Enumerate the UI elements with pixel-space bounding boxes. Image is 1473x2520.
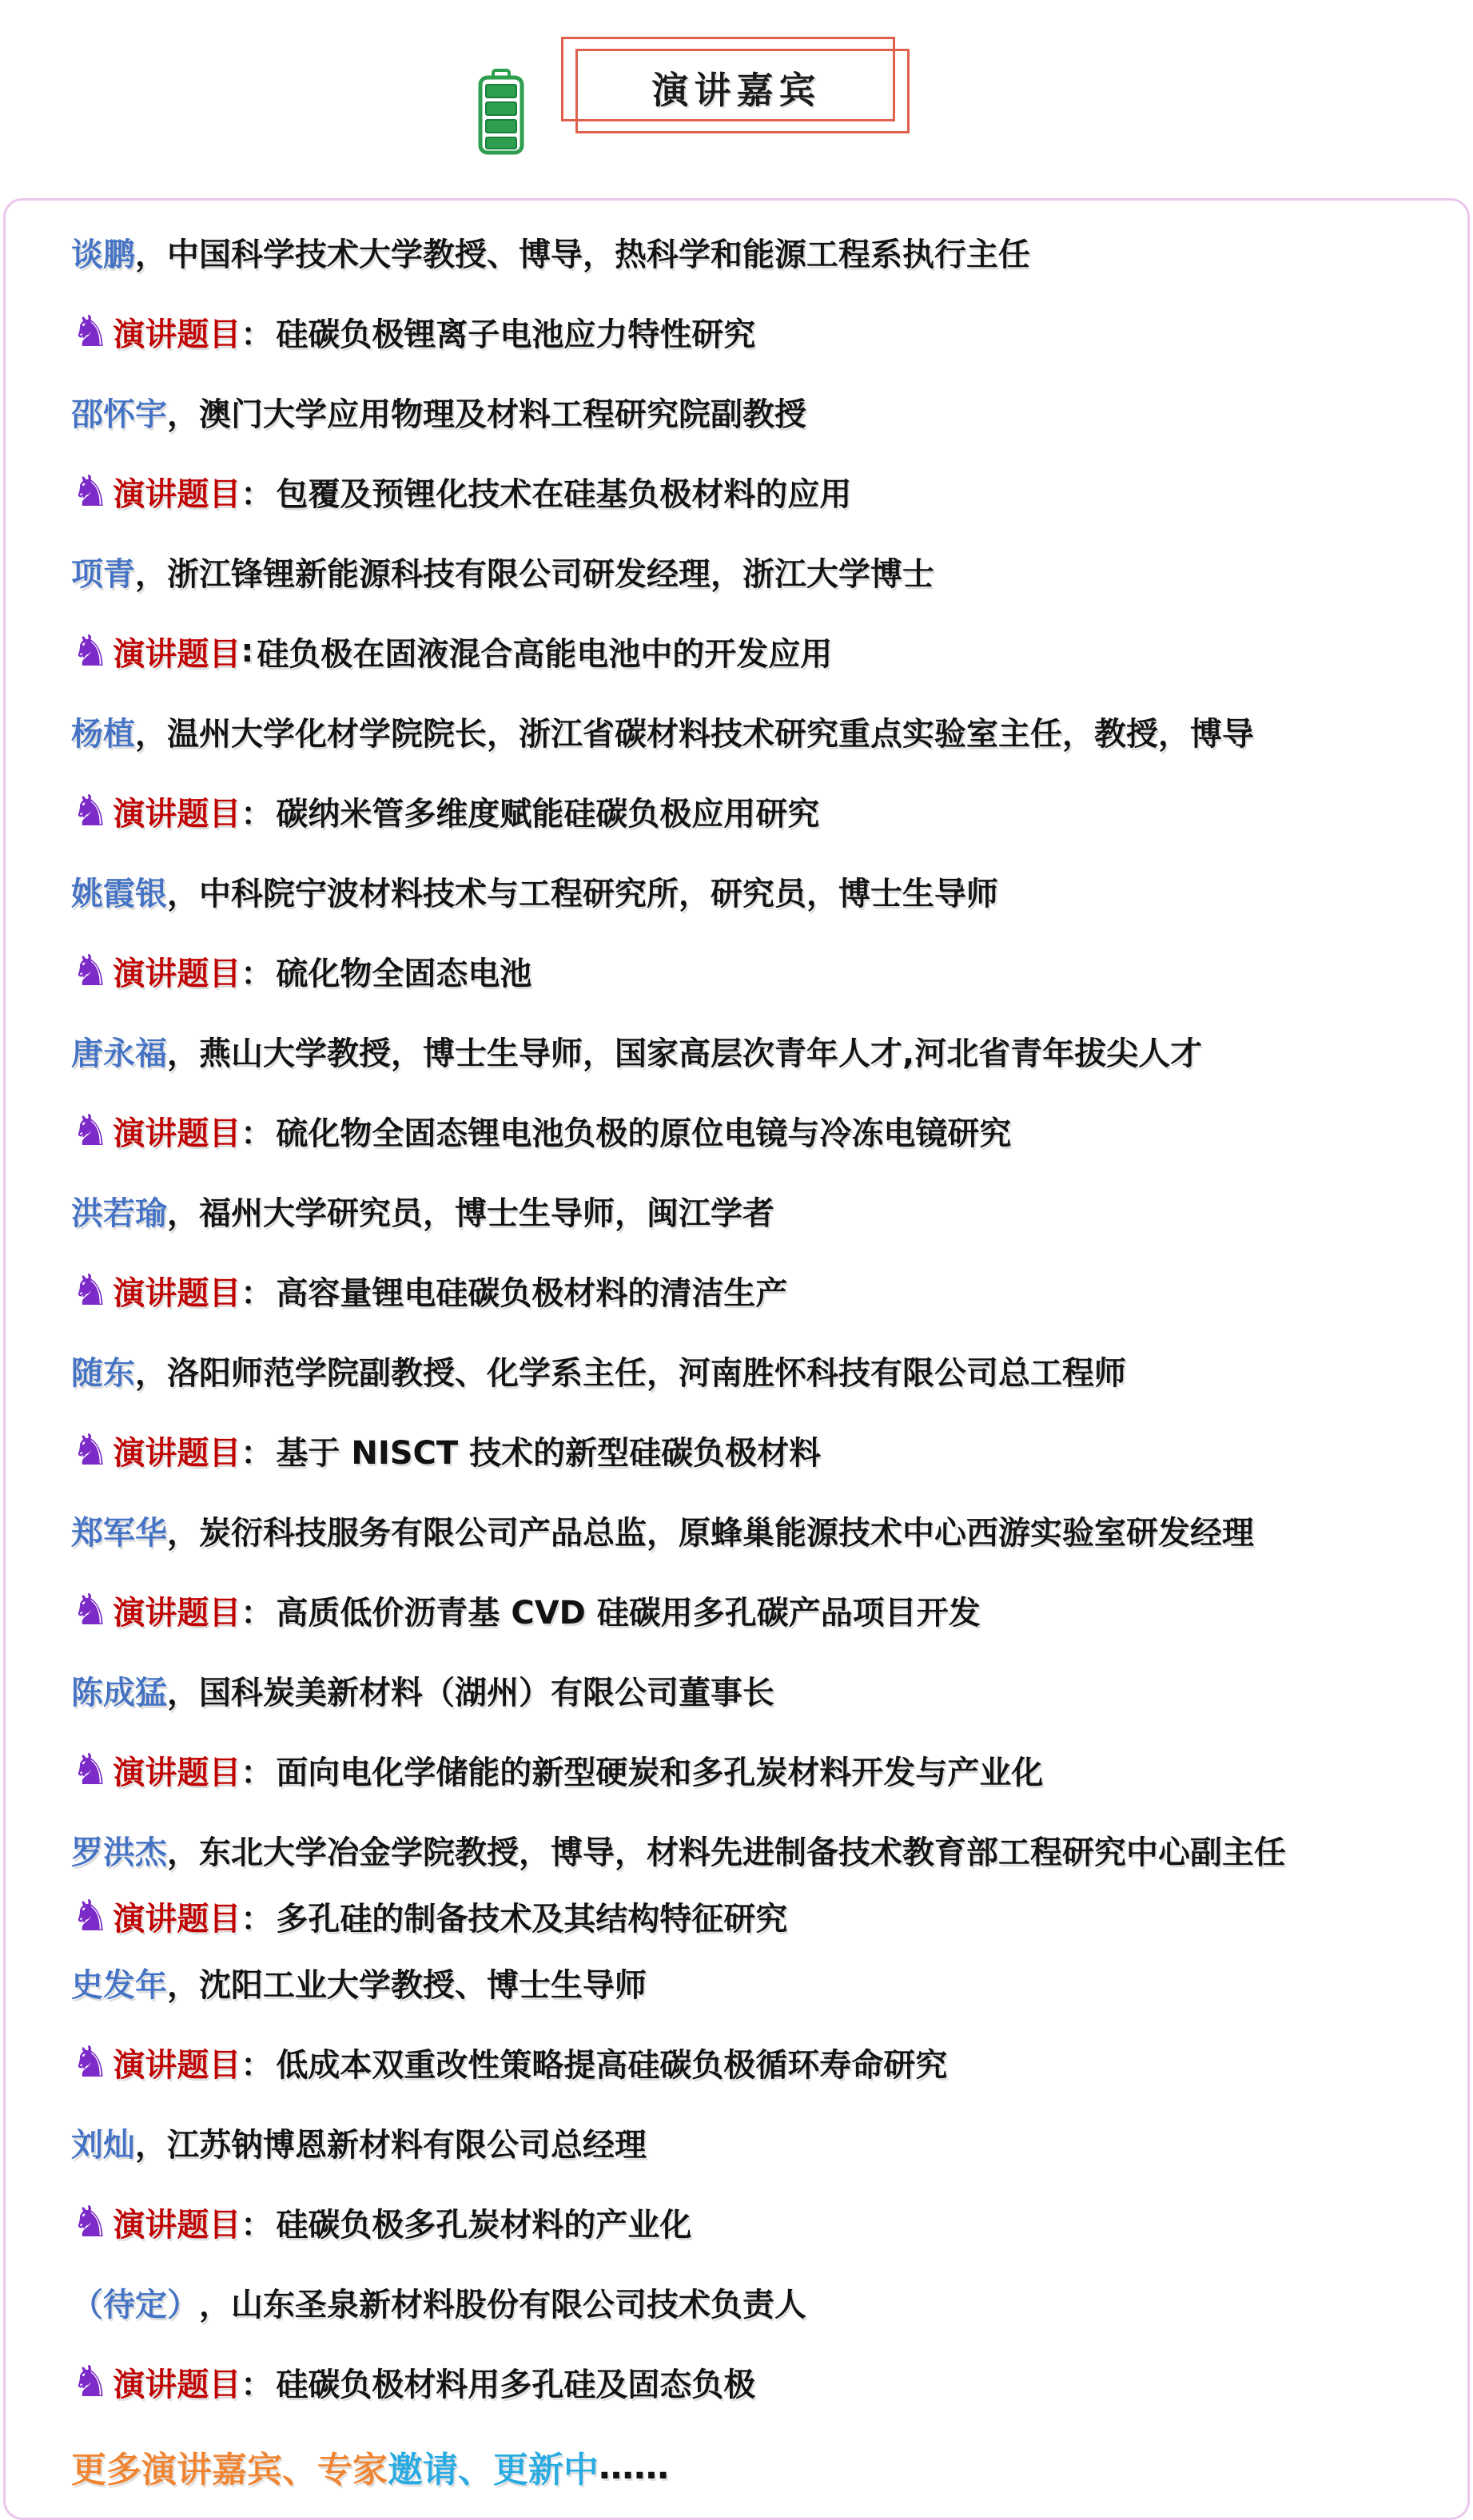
section-title: 演讲嘉宾: [561, 32, 913, 144]
speaker-topic-line: ♞ 演讲题目：硅碳负极材料用多孔硅及固态负极: [71, 2342, 1443, 2422]
topic-text: 低成本双重改性策略提高硅碳负极循环寿命研究: [276, 2040, 947, 2085]
speaker-entry: 史发年，沈阳工业大学教授、博士生导师 ♞ 演讲题目：低成本双重改性策略提高硅碳负…: [71, 1942, 1443, 2102]
speaker-description: ，温州大学化材学院院长，浙江省碳材料技术研究重点实验室主任，教授，博导: [135, 709, 1254, 754]
chess-knight-icon: ♞: [71, 2041, 109, 2084]
chess-knight-icon: ♞: [71, 949, 109, 992]
chess-knight-icon: ♞: [71, 470, 109, 513]
topic-label: 演讲题目: [113, 1428, 241, 1473]
topic-colon: ：: [241, 1108, 273, 1154]
chess-knight-icon: ♞: [71, 1748, 109, 1791]
speaker-name-line: 史发年，沈阳工业大学教授、博士生导师: [71, 1942, 1443, 2022]
speaker-name: 姚霞银: [71, 868, 167, 914]
speaker-name: 陈成猛: [71, 1667, 167, 1713]
speaker-topic-line: ♞ 演讲题目：硅碳负极锂离子电池应力特性研究: [71, 292, 1443, 372]
speaker-entry: 杨植，温州大学化材学院院长，浙江省碳材料技术研究重点实验室主任，教授，博导 ♞ …: [71, 691, 1443, 851]
topic-colon: ：: [241, 2040, 273, 2085]
speaker-entry: 谈鹏，中国科学技术大学教授、博导，热科学和能源工程系执行主任 ♞ 演讲题目：硅碳…: [71, 212, 1443, 372]
speaker-description: ，洛阳师范学院副教授、化学系主任，河南胜怀科技有限公司总工程师: [135, 1348, 1126, 1393]
footer-orange-text: 更多演讲嘉宾、专家: [71, 2441, 388, 2492]
battery-icon: [478, 69, 524, 158]
speaker-name: 史发年: [71, 1960, 167, 2005]
topic-colon: ：: [241, 469, 273, 515]
speaker-entry: 姚霞银，中科院宁波材料技术与工程研究所，研究员，博士生导师 ♞ 演讲题目：硫化物…: [71, 851, 1443, 1011]
topic-label: 演讲题目: [113, 1747, 241, 1793]
topic-label: 演讲题目: [113, 1894, 241, 1939]
topic-label: 演讲题目: [113, 1268, 241, 1314]
chess-knight-icon: ♞: [71, 310, 109, 353]
speaker-topic-line: ♞ 演讲题目：硫化物全固态锂电池负极的原位电镜与冷冻电镜研究: [71, 1091, 1443, 1171]
topic-label: 演讲题目: [113, 1108, 241, 1154]
speaker-description: ，江苏钠博恩新材料有限公司总经理: [135, 2120, 647, 2165]
topic-text: 高容量锂电硅碳负极材料的清洁生产: [276, 1268, 787, 1314]
topic-colon: ：: [241, 789, 273, 834]
speaker-description: ，中科院宁波材料技术与工程研究所，研究员，博士生导师: [167, 868, 998, 914]
topic-label: 演讲题目: [113, 948, 241, 994]
speaker-name: 邵怀宇: [71, 389, 167, 435]
speaker-name: 杨植: [71, 709, 135, 754]
topic-text: 硅碳负极多孔炭材料的产业化: [276, 2200, 691, 2245]
topic-label: 演讲题目: [113, 629, 241, 674]
speaker-name: 随东: [71, 1348, 135, 1393]
topic-colon: ：: [241, 1747, 273, 1793]
speaker-name-line: 郑军华，炭衍科技服务有限公司产品总监，原蜂巢能源技术中心西游实验室研发经理: [71, 1490, 1443, 1570]
speaker-description: ，浙江锋锂新能源科技有限公司研发经理，浙江大学博士: [135, 549, 934, 594]
topic-text: 包覆及预锂化技术在硅基负极材料的应用: [276, 469, 851, 515]
speaker-entry: 郑军华，炭衍科技服务有限公司产品总监，原蜂巢能源技术中心西游实验室研发经理 ♞ …: [71, 1490, 1443, 1650]
speaker-topic-line: ♞ 演讲题目：多孔硅的制备技术及其结构特征研究: [71, 1890, 1443, 1942]
speaker-description: ，福州大学研究员，博士生导师，闽江学者: [167, 1188, 774, 1234]
topic-text: 硅碳负极锂离子电池应力特性研究: [276, 309, 755, 355]
page-header: 演讲嘉宾: [0, 0, 1473, 198]
speaker-name: 郑军华: [71, 1508, 167, 1553]
speaker-topic-line: ♞ 演讲题目：硅碳负极多孔炭材料的产业化: [71, 2182, 1443, 2262]
speaker-description: ，澳门大学应用物理及材料工程研究院副教授: [167, 389, 806, 435]
speaker-entry: 罗洪杰，东北大学冶金学院教授，博导，材料先进制备技术教育部工程研究中心副主任 ♞…: [71, 1810, 1443, 1942]
speaker-description: ，山东圣泉新材料股份有限公司技术负责人: [199, 2280, 806, 2325]
speaker-list: 谈鹏，中国科学技术大学教授、博导，热科学和能源工程系执行主任 ♞ 演讲题目：硅碳…: [71, 212, 1443, 2422]
topic-colon: :: [241, 633, 253, 670]
topic-text: 硫化物全固态电池: [276, 948, 531, 994]
chess-knight-icon: ♞: [71, 2200, 109, 2244]
speaker-name: 洪若瑜: [71, 1188, 167, 1234]
chess-knight-icon: ♞: [71, 789, 109, 833]
speaker-topic-line: ♞ 演讲题目：基于 NISCT 技术的新型硅碳负极材料: [71, 1410, 1443, 1490]
speaker-description: ，沈阳工业大学教授、博士生导师: [167, 1960, 647, 2005]
speaker-entry: 随东，洛阳师范学院副教授、化学系主任，河南胜怀科技有限公司总工程师 ♞ 演讲题目…: [71, 1330, 1443, 1490]
more-speakers-note: 更多演讲嘉宾、专家 邀请、更新中 ……: [71, 2422, 1443, 2511]
topic-text: 面向电化学储能的新型硬炭和多孔炭材料开发与产业化: [276, 1747, 1043, 1793]
speaker-entry: 洪若瑜，福州大学研究员，博士生导师，闽江学者 ♞ 演讲题目：高容量锂电硅碳负极材…: [71, 1171, 1443, 1330]
speaker-entry: 陈成猛，国科炭美新材料（湖州）有限公司董事长 ♞ 演讲题目：面向电化学储能的新型…: [71, 1650, 1443, 1810]
speaker-topic-line: ♞ 演讲题目：包覆及预锂化技术在硅基负极材料的应用: [71, 451, 1443, 531]
chess-knight-icon: ♞: [71, 630, 109, 673]
topic-colon: ：: [241, 309, 273, 355]
speaker-entry: 邵怀宇，澳门大学应用物理及材料工程研究院副教授 ♞ 演讲题目：包覆及预锂化技术在…: [71, 372, 1443, 531]
speaker-topic-line: ♞ 演讲题目：高质低价沥青基 CVD 硅碳用多孔碳产品项目开发: [71, 1570, 1443, 1650]
topic-colon: ：: [241, 948, 273, 994]
speaker-entry: 刘灿，江苏钠博恩新材料有限公司总经理 ♞ 演讲题目：硅碳负极多孔炭材料的产业化: [71, 2102, 1443, 2262]
speaker-description: ，燕山大学教授，博士生导师，国家高层次青年人才,河北省青年拔尖人才: [167, 1028, 1202, 1074]
speaker-name-line: 谈鹏，中国科学技术大学教授、博导，热科学和能源工程系执行主任: [71, 212, 1443, 292]
speaker-name: 项青: [71, 549, 135, 594]
topic-text: 硅负极在固液混合高能电池中的开发应用: [257, 629, 832, 674]
topic-label: 演讲题目: [113, 469, 241, 515]
topic-colon: ：: [241, 1894, 273, 1939]
speaker-description: ，中国科学技术大学教授、博导，热科学和能源工程系执行主任: [135, 229, 1030, 275]
speaker-description: ，国科炭美新材料（湖州）有限公司董事长: [167, 1667, 774, 1713]
topic-colon: ：: [241, 1268, 273, 1314]
chess-knight-icon: ♞: [71, 1429, 109, 1472]
speaker-name-line: 唐永福，燕山大学教授，博士生导师，国家高层次青年人才,河北省青年拔尖人才: [71, 1011, 1443, 1091]
speaker-description: ，炭衍科技服务有限公司产品总监，原蜂巢能源技术中心西游实验室研发经理: [167, 1508, 1254, 1553]
topic-label: 演讲题目: [113, 1588, 241, 1633]
speaker-name: 谈鹏: [71, 229, 135, 275]
chess-knight-icon: ♞: [71, 1269, 109, 1312]
footer-ellipsis: ……: [599, 2446, 669, 2487]
speaker-entry: （待定），山东圣泉新材料股份有限公司技术负责人 ♞ 演讲题目：硅碳负极材料用多孔…: [71, 2262, 1443, 2422]
topic-text: 高质低价沥青基 CVD 硅碳用多孔碳产品项目开发: [276, 1588, 980, 1633]
speaker-name: 刘灿: [71, 2120, 135, 2165]
speaker-topic-line: ♞ 演讲题目：碳纳米管多维度赋能硅碳负极应用研究: [71, 771, 1443, 851]
topic-colon: ：: [241, 2200, 273, 2245]
topic-colon: ：: [241, 1588, 273, 1633]
topic-label: 演讲题目: [113, 2040, 241, 2085]
speaker-name: 唐永福: [71, 1028, 167, 1074]
speaker-entry: 项青，浙江锋锂新能源科技有限公司研发经理，浙江大学博士 ♞ 演讲题目:硅负极在固…: [71, 531, 1443, 691]
chess-knight-icon: ♞: [71, 1894, 109, 1938]
speaker-topic-line: ♞ 演讲题目：低成本双重改性策略提高硅碳负极循环寿命研究: [71, 2022, 1443, 2102]
speaker-topic-line: ♞ 演讲题目:硅负极在固液混合高能电池中的开发应用: [71, 611, 1443, 691]
speaker-name-line: 陈成猛，国科炭美新材料（湖州）有限公司董事长: [71, 1650, 1443, 1730]
speaker-name-line: 随东，洛阳师范学院副教授、化学系主任，河南胜怀科技有限公司总工程师: [71, 1330, 1443, 1410]
topic-label: 演讲题目: [113, 309, 241, 355]
topic-colon: ：: [241, 1428, 273, 1473]
speaker-name: 罗洪杰: [71, 1827, 167, 1873]
speaker-name: （待定）: [71, 2280, 199, 2325]
speaker-description: ，东北大学冶金学院教授，博导，材料先进制备技术教育部工程研究中心副主任: [167, 1827, 1286, 1873]
speaker-name-line: 刘灿，江苏钠博恩新材料有限公司总经理: [71, 2102, 1443, 2182]
speaker-name-line: （待定），山东圣泉新材料股份有限公司技术负责人: [71, 2262, 1443, 2342]
topic-text: 多孔硅的制备技术及其结构特征研究: [276, 1894, 787, 1939]
topic-colon: ：: [241, 2359, 273, 2405]
speaker-name-line: 洪若瑜，福州大学研究员，博士生导师，闽江学者: [71, 1171, 1443, 1250]
chess-knight-icon: ♞: [71, 2360, 109, 2403]
speaker-name-line: 项青，浙江锋锂新能源科技有限公司研发经理，浙江大学博士: [71, 531, 1443, 611]
chess-knight-icon: ♞: [71, 1109, 109, 1152]
speaker-name-line: 杨植，温州大学化材学院院长，浙江省碳材料技术研究重点实验室主任，教授，博导: [71, 691, 1443, 771]
speaker-topic-line: ♞ 演讲题目：面向电化学储能的新型硬炭和多孔炭材料开发与产业化: [71, 1730, 1443, 1810]
speaker-topic-line: ♞ 演讲题目：高容量锂电硅碳负极材料的清洁生产: [71, 1250, 1443, 1330]
speaker-name-line: 邵怀宇，澳门大学应用物理及材料工程研究院副教授: [71, 372, 1443, 451]
topic-text: 基于 NISCT 技术的新型硅碳负极材料: [276, 1428, 821, 1473]
topic-text: 碳纳米管多维度赋能硅碳负极应用研究: [276, 789, 819, 834]
topic-label: 演讲题目: [113, 2200, 241, 2245]
footer-cyan-text: 邀请、更新中: [388, 2441, 599, 2492]
speakers-card: 谈鹏，中国科学技术大学教授、博导，热科学和能源工程系执行主任 ♞ 演讲题目：硅碳…: [3, 198, 1470, 2520]
topic-text: 硫化物全固态锂电池负极的原位电镜与冷冻电镜研究: [276, 1108, 1011, 1154]
topic-label: 演讲题目: [113, 789, 241, 834]
speaker-name-line: 姚霞银，中科院宁波材料技术与工程研究所，研究员，博士生导师: [71, 851, 1443, 931]
topic-label: 演讲题目: [113, 2359, 241, 2405]
title-frame: 演讲嘉宾: [561, 32, 913, 153]
speaker-entry: 唐永福，燕山大学教授，博士生导师，国家高层次青年人才,河北省青年拔尖人才 ♞ 演…: [71, 1011, 1443, 1171]
chess-knight-icon: ♞: [71, 1588, 109, 1632]
topic-text: 硅碳负极材料用多孔硅及固态负极: [276, 2359, 755, 2405]
speaker-topic-line: ♞ 演讲题目：硫化物全固态电池: [71, 931, 1443, 1011]
speaker-name-line: 罗洪杰，东北大学冶金学院教授，博导，材料先进制备技术教育部工程研究中心副主任: [71, 1810, 1443, 1890]
